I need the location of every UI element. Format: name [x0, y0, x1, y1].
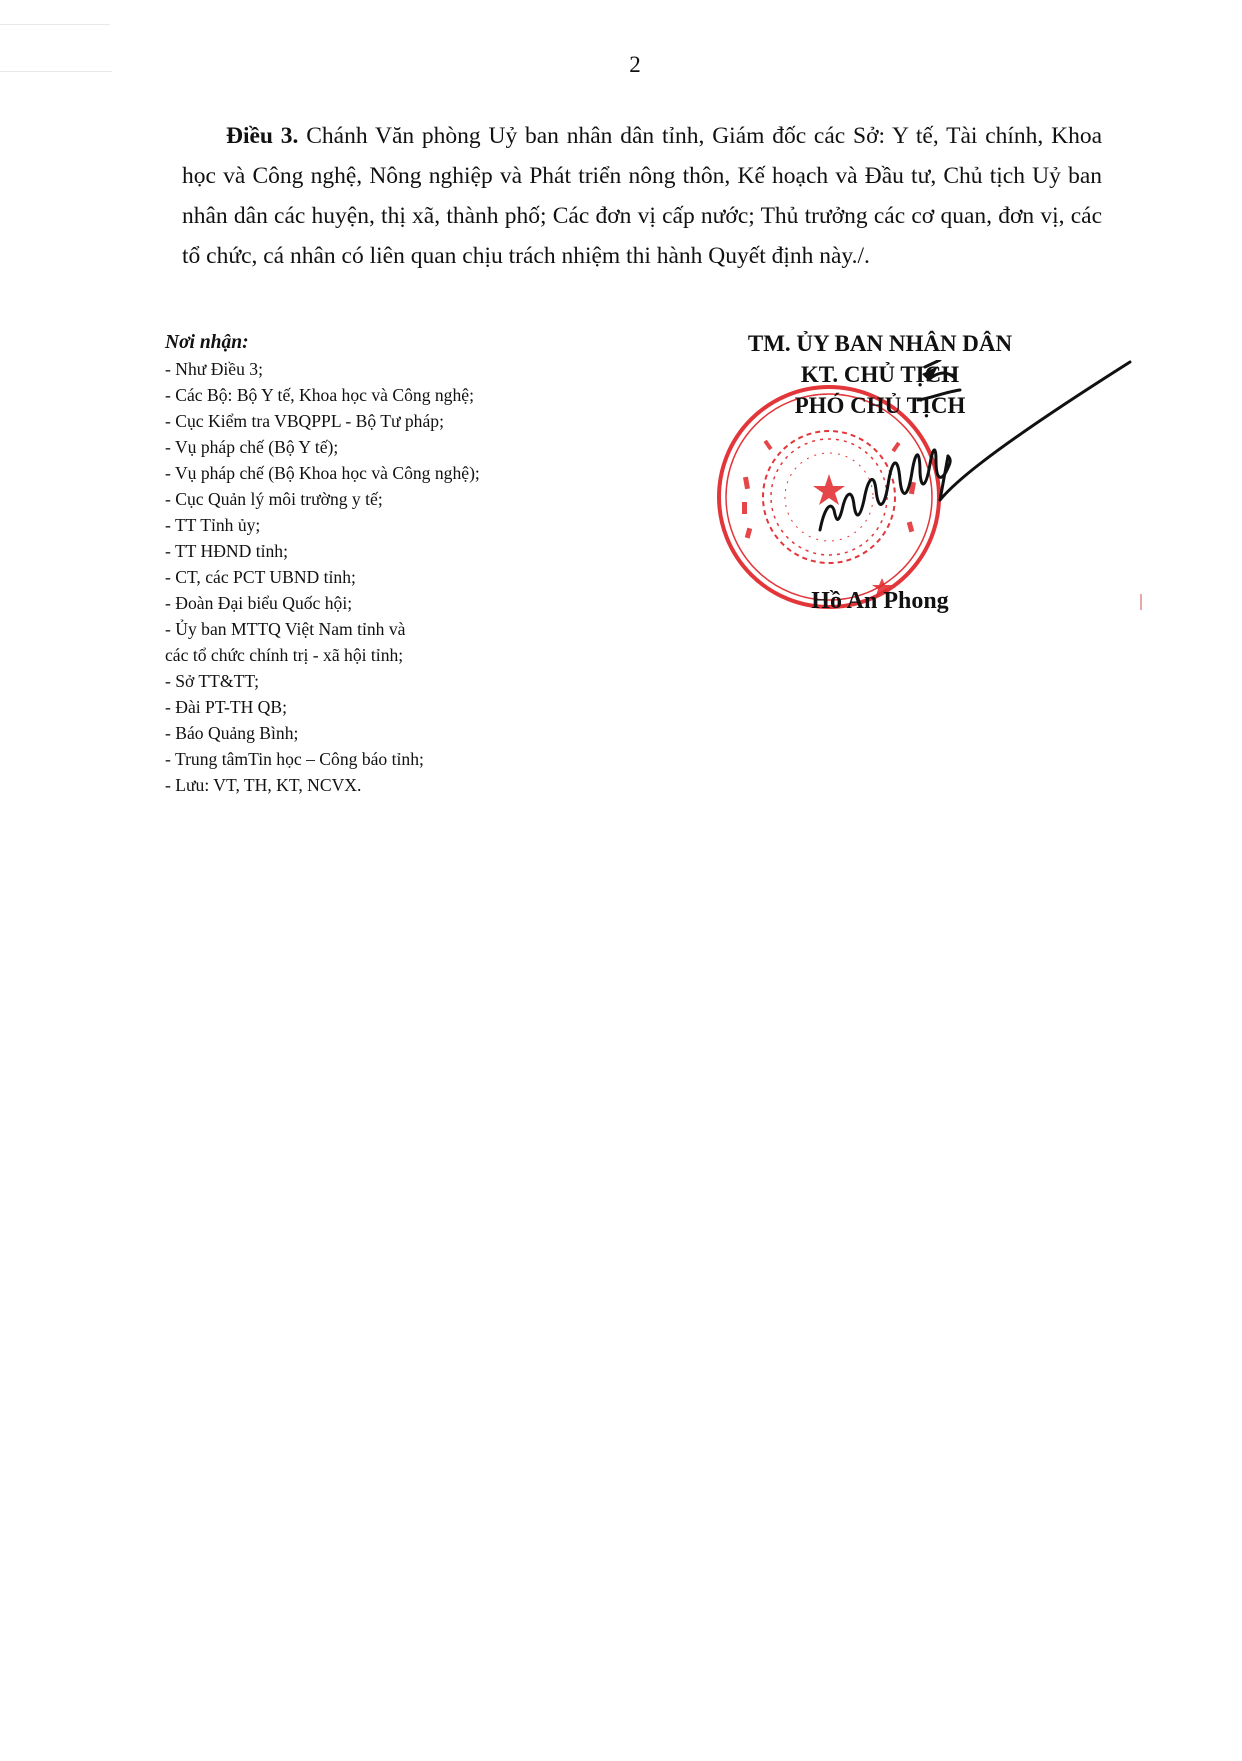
- article-3: Điều 3. Chánh Văn phòng Uỷ ban nhân dân …: [182, 116, 1102, 276]
- recipient-item: - Cục Quản lý môi trường y tế;: [165, 486, 625, 512]
- recipient-item: - CT, các PCT UBND tỉnh;: [165, 564, 625, 590]
- recipient-item: - Trung tâmTin học – Công báo tỉnh;: [165, 746, 625, 772]
- scan-edge-mark: [0, 24, 110, 25]
- recipients-list: Nơi nhận: - Như Điều 3;- Các Bộ: Bộ Y tế…: [165, 330, 625, 798]
- recipient-item: các tổ chức chính trị - xã hội tỉnh;: [165, 642, 625, 668]
- page-number: 2: [0, 52, 1242, 78]
- sign-title-line: TM. ỦY BAN NHÂN DÂN: [690, 328, 1070, 359]
- handwritten-signature-icon: [800, 360, 1140, 540]
- scan-mark: [1140, 594, 1142, 610]
- recipient-item: - Báo Quảng Bình;: [165, 720, 625, 746]
- recipient-item: - Vụ pháp chế (Bộ Y tế);: [165, 434, 625, 460]
- recipients-title: Nơi nhận:: [165, 330, 625, 356]
- recipient-item: - Đoàn Đại biểu Quốc hội;: [165, 590, 625, 616]
- recipient-item: - Sở TT&TT;: [165, 668, 625, 694]
- signer-name: Hồ An Phong: [690, 588, 1070, 615]
- recipient-items: - Như Điều 3;- Các Bộ: Bộ Y tế, Khoa học…: [165, 356, 625, 798]
- recipient-item: - TT HĐND tỉnh;: [165, 538, 625, 564]
- recipient-item: - Ủy ban MTTQ Việt Nam tỉnh và: [165, 616, 625, 642]
- recipient-item: - Vụ pháp chế (Bộ Khoa học và Công nghệ)…: [165, 460, 625, 486]
- recipient-item: - Các Bộ: Bộ Y tế, Khoa học và Công nghệ…: [165, 382, 625, 408]
- recipient-item: - Lưu: VT, TH, KT, NCVX.: [165, 772, 625, 798]
- recipient-item: - TT Tỉnh ủy;: [165, 512, 625, 538]
- recipient-item: - Cục Kiểm tra VBQPPL - Bộ Tư pháp;: [165, 408, 625, 434]
- article-label: Điều 3.: [226, 123, 298, 149]
- recipient-item: - Đài PT-TH QB;: [165, 694, 625, 720]
- recipient-item: - Như Điều 3;: [165, 356, 625, 382]
- article-text: Chánh Văn phòng Uỷ ban nhân dân tỉnh, Gi…: [182, 123, 1102, 269]
